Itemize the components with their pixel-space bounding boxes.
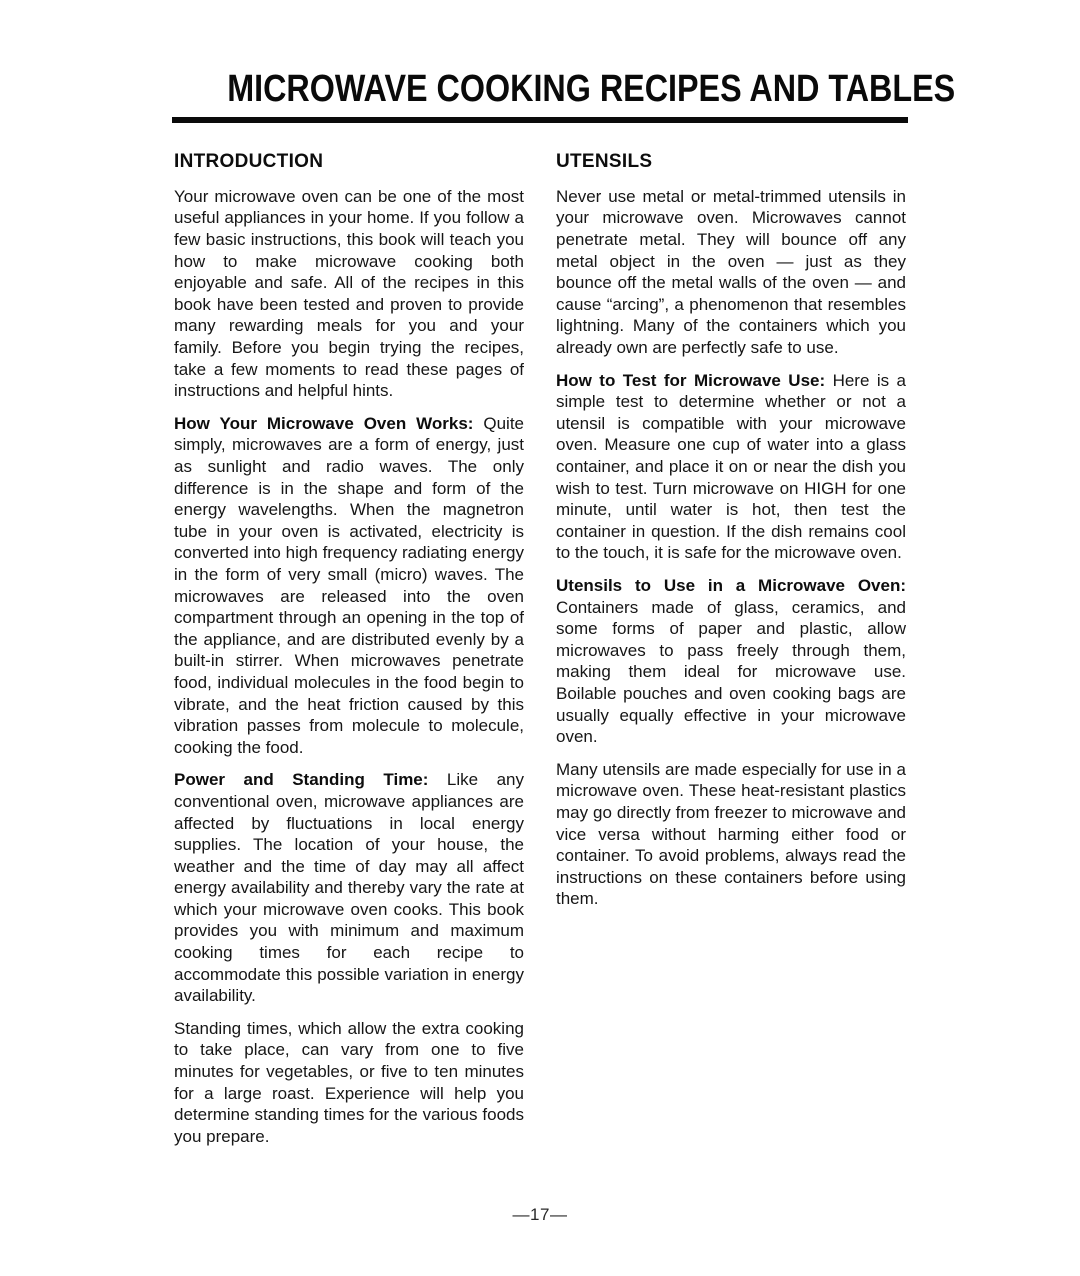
page-header: MICROWAVE COOKING RECIPES AND TABLES [172,70,908,123]
paragraph-text: Your microwave oven can be one of the mo… [174,187,524,400]
introduction-heading: INTRODUCTION [174,151,524,173]
section-utensils: UTENSILS Never use metal or metal-trimme… [556,151,906,1159]
paragraph-text: Here is a simple test to determine wheth… [556,371,906,563]
paragraph-text: Never use metal or metal-trimmed utensil… [556,187,906,357]
paragraph-text: Many utensils are made especially for us… [556,760,906,909]
paragraph-lead: Power and Standing Time: [174,770,428,789]
paragraph-lead: How Your Microwave Oven Works: [174,414,473,433]
title-underline [172,117,908,123]
page-footer: —17— [0,1205,1080,1225]
paragraph-text: Quite simply, microwaves are a form of e… [174,414,524,757]
page-number: —17— [513,1205,568,1224]
utensils-heading: UTENSILS [556,151,906,173]
paragraph-lead: Utensils to Use in a Microwave Oven: [556,576,906,595]
utensils-paragraph-1: Never use metal or metal-trimmed utensil… [556,186,906,359]
paragraph-text: Containers made of glass, ceramics, and … [556,598,906,747]
introduction-paragraph-1: Your microwave oven can be one of the mo… [174,186,524,402]
manual-page: MICROWAVE COOKING RECIPES AND TABLES INT… [0,0,1080,1276]
utensils-paragraph-2: How to Test for Microwave Use: Here is a… [556,370,906,564]
section-introduction: INTRODUCTION Your microwave oven can be … [174,151,524,1159]
two-column-layout: INTRODUCTION Your microwave oven can be … [174,151,906,1159]
paragraph-text: Like any conventional oven, microwave ap… [174,770,524,1005]
paragraph-lead: How to Test for Microwave Use: [556,371,825,390]
paragraph-text: Standing times, which allow the extra co… [174,1019,524,1146]
introduction-paragraph-2: How Your Microwave Oven Works: Quite sim… [174,413,524,759]
introduction-paragraph-3: Power and Standing Time: Like any conven… [174,769,524,1007]
page-title: MICROWAVE COOKING RECIPES AND TABLES [227,70,853,110]
utensils-paragraph-3: Utensils to Use in a Microwave Oven: Con… [556,575,906,748]
introduction-paragraph-4: Standing times, which allow the extra co… [174,1018,524,1148]
utensils-paragraph-4: Many utensils are made especially for us… [556,759,906,910]
